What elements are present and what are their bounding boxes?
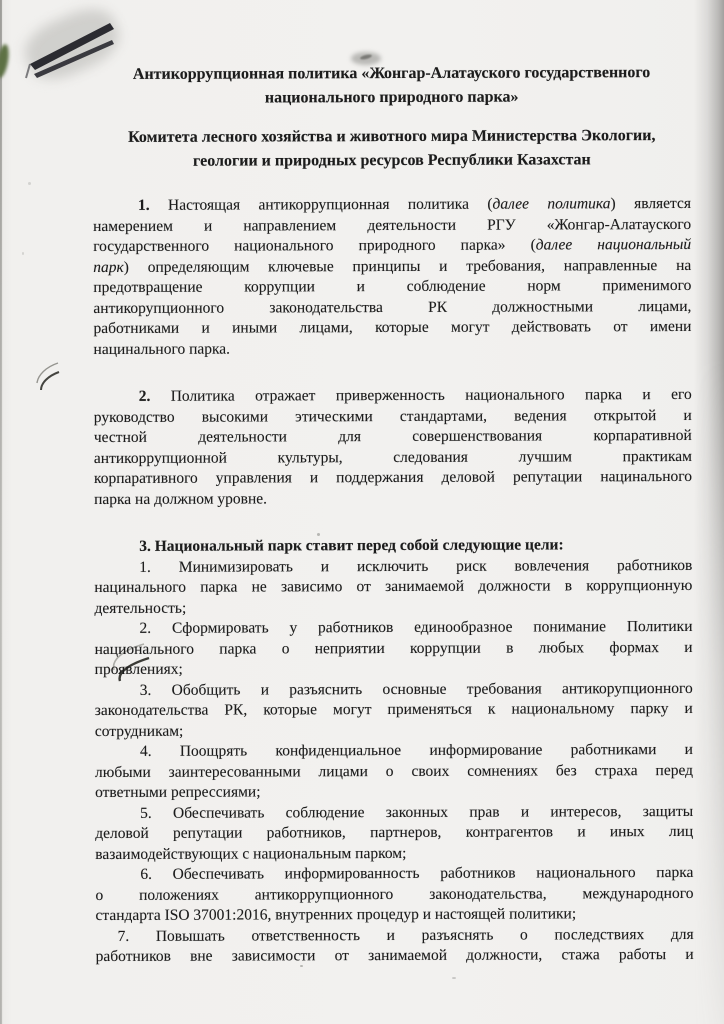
text-line: вазаимодействующих с национальным парком… bbox=[95, 842, 693, 865]
text-line: 7. Повышать ответственность и разъяснять… bbox=[96, 924, 694, 947]
text-line: намерением и направлением деятельности Р… bbox=[93, 214, 691, 237]
text-line: нацинального парка не зависимо от занима… bbox=[94, 576, 692, 599]
paragraph-2: 2. Политика отражает приверженность наци… bbox=[94, 385, 692, 510]
goal-item-4: 4. Поощрять конфиденциальное информирова… bbox=[95, 740, 693, 804]
text-line: о положениях антикоррупционного законода… bbox=[95, 883, 693, 906]
text-line: 3. Национальный парк ставит перед собой … bbox=[94, 535, 692, 558]
document-content: Антикоррупционная политика «Жонгар-Алата… bbox=[92, 0, 693, 968]
text-line: корпаративного управления и поддержания … bbox=[94, 467, 692, 490]
text-line: 4. Поощрять конфиденциальное информирова… bbox=[95, 740, 693, 763]
right-edge-shadow bbox=[694, 0, 724, 1024]
text-line: антикорупционного законодательства РК до… bbox=[93, 296, 691, 319]
document-subtitle: Комитета лесного хозяйства и животного м… bbox=[93, 124, 691, 174]
text-line: нацинального парка. bbox=[93, 337, 691, 360]
left-edge-line bbox=[0, 0, 2, 1024]
document-title: Антикоррупционная политика «Жонгар-Алата… bbox=[93, 61, 691, 111]
text-line: деятельность; bbox=[94, 596, 692, 619]
paragraph-1: 1. Настоящая антикоррупционная политика … bbox=[93, 194, 692, 360]
goal-item-5: 5. Обеспечивать соблюдение законных прав… bbox=[95, 801, 693, 865]
text-line: честной деятельности для совершенствован… bbox=[94, 426, 692, 449]
speck-mark bbox=[452, 977, 456, 979]
green-edge-mark bbox=[0, 43, 11, 78]
text-line: законодательства РК, которые могут приме… bbox=[95, 699, 693, 722]
goal-item-2: 2. Сформировать у работников единообразн… bbox=[94, 617, 692, 681]
text-line: 1. Минимизировать и исключить риск вовле… bbox=[94, 555, 692, 578]
text-line: 1. Настоящая антикоррупционная политика … bbox=[93, 194, 691, 217]
text-line: 3. Обобщить и разъяснить основные требов… bbox=[95, 678, 693, 701]
text-line: государственного национального природног… bbox=[93, 235, 691, 258]
goal-item-3: 3. Обобщить и разъяснить основные требов… bbox=[95, 678, 693, 742]
text-line: проявлениях; bbox=[95, 658, 693, 681]
text-line: деловой репутации работников, партнеров,… bbox=[95, 822, 693, 845]
title-line: Антикоррупционная политика «Жонгар-Алата… bbox=[93, 61, 691, 87]
goal-item-6: 6. Обеспечивать информированность работн… bbox=[95, 863, 693, 927]
text-line: сотрудникам; bbox=[95, 719, 693, 742]
crescent-smudge-upper bbox=[33, 358, 61, 396]
text-line: работников вне зависимости от занимаемой… bbox=[96, 945, 694, 968]
text-line: предотвращение коррупции и соблюдение но… bbox=[93, 276, 691, 299]
document-body: 1. Настоящая антикоррупционная политика … bbox=[93, 194, 694, 968]
speck-mark bbox=[28, 182, 31, 185]
text-line: работниками и иными лицами, которые могу… bbox=[93, 317, 691, 340]
text-line: 5. Обеспечивать соблюдение законных прав… bbox=[95, 801, 693, 824]
text-line: 2. Политика отражает приверженность наци… bbox=[94, 385, 692, 408]
text-line: парка на должном уровне. bbox=[94, 487, 692, 510]
text-line: 6. Обеспечивать информированность работн… bbox=[95, 863, 693, 886]
subtitle-line: Комитета лесного хозяйства и животного м… bbox=[93, 124, 691, 150]
subtitle-line: геологии и природных ресурсов Республики… bbox=[93, 148, 691, 174]
text-line: любыми заинтересованными лицами о своих … bbox=[95, 760, 693, 783]
goal-item-7: 7. Повышать ответственность и разъяснять… bbox=[96, 924, 694, 967]
text-line: парк) определяющим ключевые принципы и т… bbox=[93, 255, 691, 278]
scanned-document-page: Антикоррупционная политика «Жонгар-Алата… bbox=[0, 0, 724, 1024]
title-line: национального природного парка» bbox=[93, 85, 691, 111]
text-line: антикоррупционной культуры, следования л… bbox=[94, 446, 692, 469]
text-line: руководство высокими этическими стандарт… bbox=[94, 405, 692, 428]
text-line: 2. Сформировать у работников единообразн… bbox=[94, 617, 692, 640]
text-line: ответными репрессиями; bbox=[95, 781, 693, 804]
goals-heading: 3. Национальный парк ставит перед собой … bbox=[94, 535, 692, 558]
text-line: национального парка о неприятии коррупци… bbox=[95, 637, 693, 660]
speck-mark bbox=[22, 252, 24, 255]
text-line: стандарта ISO 37001:2016, внутренних про… bbox=[95, 904, 693, 927]
goal-item-1: 1. Минимизировать и исключить риск вовле… bbox=[94, 555, 692, 619]
